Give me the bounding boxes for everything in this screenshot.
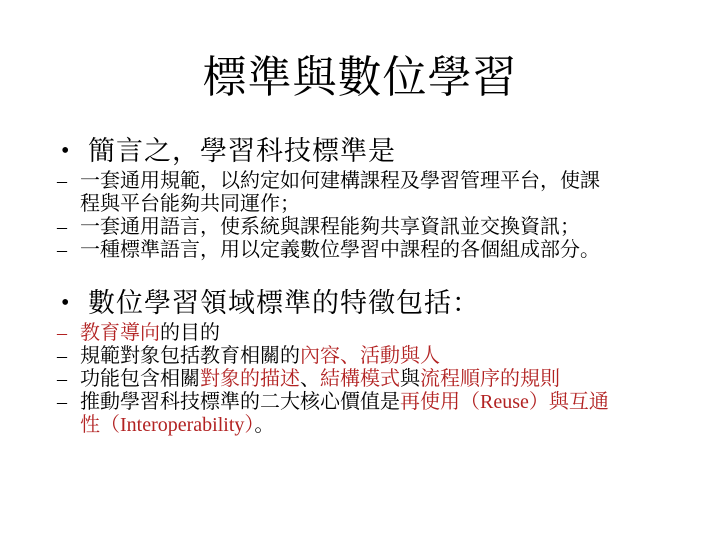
main-bullet: • 數位學習領域標準的特徵包括： <box>55 288 690 318</box>
bullet-icon: • <box>55 288 88 318</box>
sub-bullet-list: – 一套通用規範，以約定如何建構課程及學習管理平台，使課程與平台能夠共同運作； … <box>55 170 690 262</box>
sub-bullet-text: 功能包含相關對象的描述、結構模式與流程順序的規則 <box>80 368 560 391</box>
text-run: 教育導向 <box>80 322 160 344</box>
presentation-slide: 標準與數位學習 • 簡言之，學習科技標準是 – 一套通用規範，以約定如何建構課程… <box>0 0 720 540</box>
bullet-icon: • <box>55 136 88 166</box>
sub-bullet-text: 一種標準語言，用以定義數位學習中課程的各個組成部分。 <box>80 239 600 262</box>
text-run: 對象的描述 <box>200 368 300 390</box>
text-run: 功能包含相關 <box>80 368 200 390</box>
text-run: 推動學習科技標準的二大核心價值是 <box>80 391 400 413</box>
sub-bullet-item: – 規範對象包括教育相關的內容、活動與人 <box>55 345 690 368</box>
dash-icon: – <box>55 216 80 239</box>
text-run: 流程順序的規則 <box>420 368 560 390</box>
text-run: 一套通用語言，使系統與課程能夠共享資訊並交換資訊； <box>80 216 580 238</box>
bullet-group-2: • 數位學習領域標準的特徵包括： – 教育導向的目的 – 規範對象包括教育相關的… <box>55 288 690 437</box>
text-run: 內容、活動與人 <box>300 345 440 367</box>
sub-bullet-item: – 一種標準語言，用以定義數位學習中課程的各個組成部分。 <box>55 239 690 262</box>
text-run: 結構模式 <box>320 368 400 390</box>
text-run: 規範對象包括教育相關的 <box>80 345 300 367</box>
slide-title: 標準與數位學習 <box>0 54 720 102</box>
main-bullet-text: 數位學習領域標準的特徵包括： <box>88 288 480 318</box>
text-run: 的目的 <box>160 322 220 344</box>
sub-bullet-item: – 一套通用規範，以約定如何建構課程及學習管理平台，使課程與平台能夠共同運作； <box>55 170 690 216</box>
dash-icon: – <box>55 239 80 262</box>
sub-bullet-item: – 推動學習科技標準的二大核心價值是再使用（Reuse）與互通性（Interop… <box>55 391 690 437</box>
sub-bullet-item: – 一套通用語言，使系統與課程能夠共享資訊並交換資訊； <box>55 216 690 239</box>
sub-bullet-list: – 教育導向的目的 – 規範對象包括教育相關的內容、活動與人 – 功能包含相關對… <box>55 322 690 437</box>
sub-bullet-text: 一套通用規範，以約定如何建構課程及學習管理平台，使課程與平台能夠共同運作； <box>80 170 615 216</box>
main-bullet: • 簡言之，學習科技標準是 <box>55 136 690 166</box>
bullet-group-1: • 簡言之，學習科技標準是 – 一套通用規範，以約定如何建構課程及學習管理平台，… <box>55 136 690 262</box>
sub-bullet-text: 教育導向的目的 <box>80 322 220 345</box>
text-run: 、 <box>300 368 320 390</box>
sub-bullet-text: 規範對象包括教育相關的內容、活動與人 <box>80 345 440 368</box>
dash-icon: – <box>55 345 80 368</box>
slide-body: • 簡言之，學習科技標準是 – 一套通用規範，以約定如何建構課程及學習管理平台，… <box>0 136 720 437</box>
dash-icon: – <box>55 322 80 345</box>
sub-bullet-item: – 功能包含相關對象的描述、結構模式與流程順序的規則 <box>55 368 690 391</box>
sub-bullet-item: – 教育導向的目的 <box>55 322 690 345</box>
dash-icon: – <box>55 170 80 193</box>
dash-icon: – <box>55 368 80 391</box>
dash-icon: – <box>55 391 80 414</box>
main-bullet-text: 簡言之，學習科技標準是 <box>88 136 396 166</box>
text-run: 與 <box>400 368 420 390</box>
text-run: 一套通用規範，以約定如何建構課程及學習管理平台，使課程與平台能夠共同運作； <box>80 170 600 215</box>
text-run: 。 <box>254 414 274 436</box>
sub-bullet-text: 推動學習科技標準的二大核心價值是再使用（Reuse）與互通性（Interoper… <box>80 391 615 437</box>
text-run: 一種標準語言，用以定義數位學習中課程的各個組成部分。 <box>80 239 600 261</box>
sub-bullet-text: 一套通用語言，使系統與課程能夠共享資訊並交換資訊； <box>80 216 580 239</box>
